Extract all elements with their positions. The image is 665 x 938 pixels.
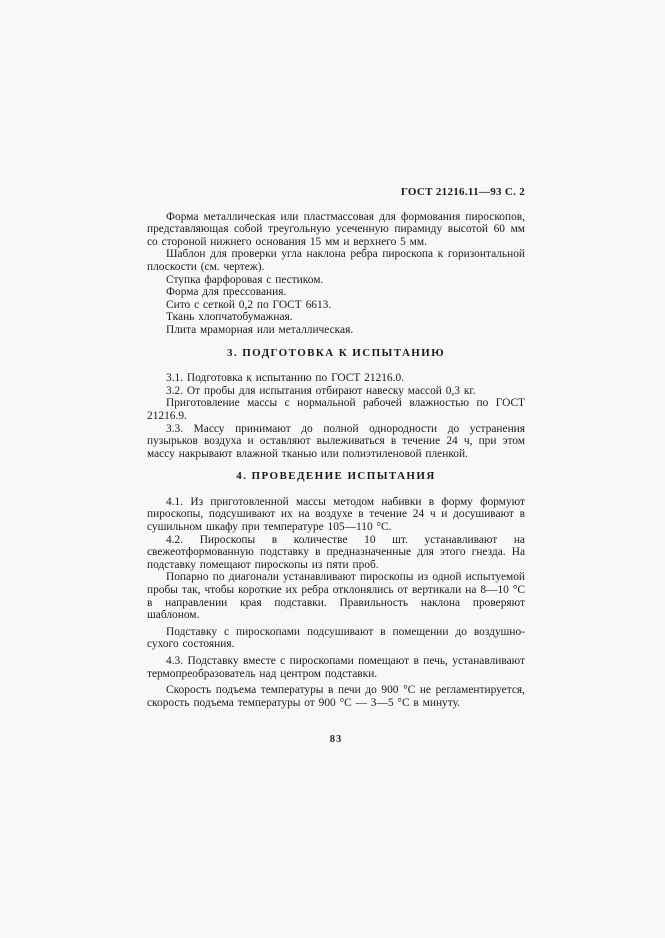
text-column: ГОСТ 21216.11—93 С. 2 Форма металлическа… xyxy=(147,186,525,709)
paragraph: 3.3. Массу принимают до полной однородно… xyxy=(147,423,525,461)
list-item-paragraph: Ступка фарфоровая с пестиком. xyxy=(147,274,525,287)
paragraph: 4.3. Подставку вместе с пироскопами поме… xyxy=(147,655,525,680)
section-heading-preparation: 3. ПОДГОТОВКА К ИСПЫТАНИЮ xyxy=(147,347,525,360)
scanned-document-page: ГОСТ 21216.11—93 С. 2 Форма металлическа… xyxy=(0,0,665,938)
list-item-paragraph: Форма для прессования. xyxy=(147,286,525,299)
paragraph: Скорость подъема температуры в печи до 9… xyxy=(147,684,525,709)
running-header: ГОСТ 21216.11—93 С. 2 xyxy=(147,186,525,199)
paragraph: 4.1. Из приготовленной массы методом наб… xyxy=(147,496,525,534)
paragraph: Шаблон для проверки угла наклона ребра п… xyxy=(147,248,525,273)
paragraph: 3.2. От пробы для испытания отбирают нав… xyxy=(147,385,525,398)
section-heading-procedure: 4. ПРОВЕДЕНИЕ ИСПЫТАНИЯ xyxy=(147,470,525,483)
paragraph: Приготовление массы с нормальной рабочей… xyxy=(147,397,525,422)
paragraph: Попарно по диагонали устанавливают пирос… xyxy=(147,571,525,621)
paragraph: 4.2. Пироскопы в количестве 10 шт. устан… xyxy=(147,534,525,572)
list-item-paragraph: Ткань хлопчатобумажная. xyxy=(147,311,525,324)
paragraph: Форма металлическая или пластмассовая дл… xyxy=(147,211,525,249)
paragraph: Подставку с пироскопами подсушивают в по… xyxy=(147,626,525,651)
paragraph: 3.1. Подготовка к испытанию по ГОСТ 2121… xyxy=(147,372,525,385)
list-item-paragraph: Сито с сеткой 0,2 по ГОСТ 6613. xyxy=(147,299,525,312)
list-item-paragraph: Плита мраморная или металлическая. xyxy=(147,324,525,337)
page-number: 83 xyxy=(147,734,525,745)
